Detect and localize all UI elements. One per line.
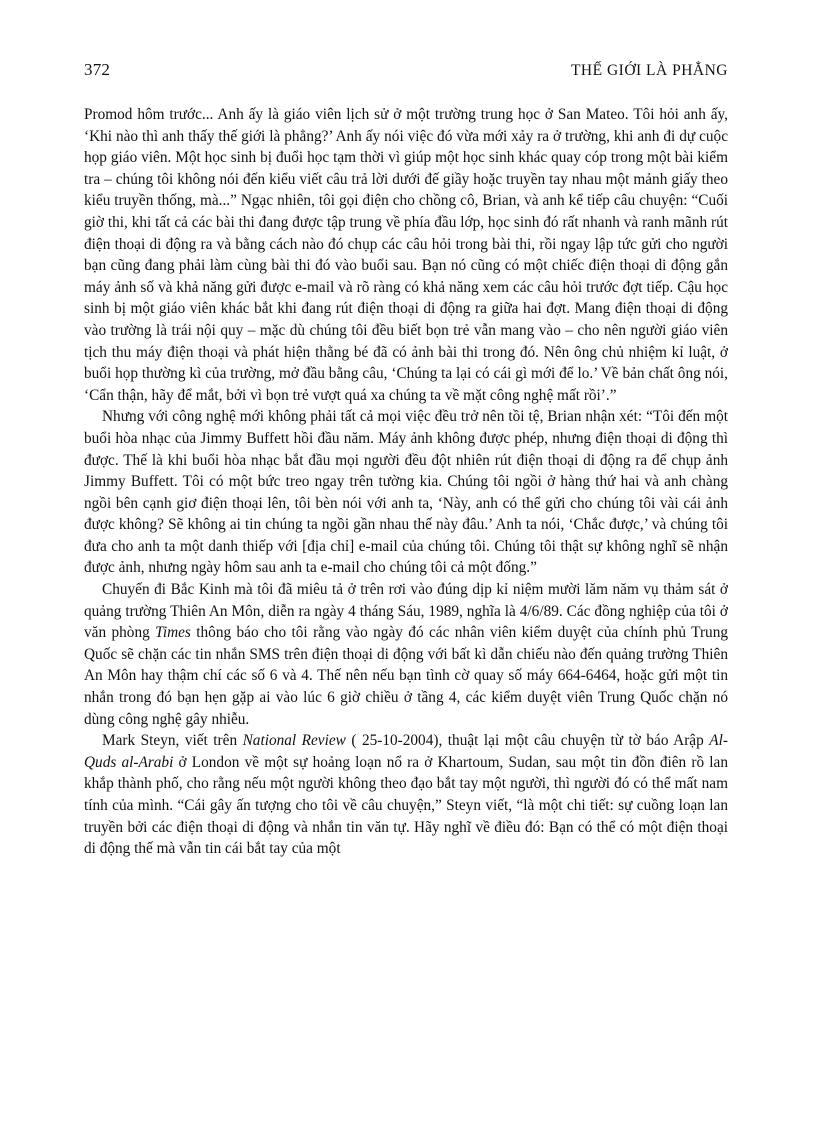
running-title: THẾ GIỚI LÀ PHẲNG xyxy=(571,62,728,80)
body-text: Promod hôm trước... Anh ấy là giáo viên … xyxy=(84,104,728,860)
paragraph-2: Nhưng với công nghệ mới không phải tất c… xyxy=(84,406,728,579)
text-segment: Promod hôm trước... Anh ấy là giáo viên … xyxy=(84,106,728,404)
running-header: 372 THẾ GIỚI LÀ PHẲNG xyxy=(84,60,728,92)
text-segment: ( 25-10-2004), thuật lại một câu chuyện … xyxy=(346,732,709,749)
paragraph-4: Mark Steyn, viết trên National Review ( … xyxy=(84,730,728,860)
paragraph-1: Promod hôm trước... Anh ấy là giáo viên … xyxy=(84,104,728,406)
text-segment: Nhưng với công nghệ mới không phải tất c… xyxy=(84,408,728,576)
paragraph-3: Chuyến đi Bắc Kinh mà tôi đã miêu tả ở t… xyxy=(84,579,728,730)
italic-publication-national-review: National Review xyxy=(243,732,346,749)
text-segment: Mark Steyn, viết trên xyxy=(102,732,243,749)
text-segment: ở London về một sự hoảng loạn nổ ra ở Kh… xyxy=(84,754,728,857)
book-page: 372 THẾ GIỚI LÀ PHẲNG Promod hôm trước..… xyxy=(84,60,728,860)
page-number: 372 xyxy=(84,60,110,80)
italic-publication-times: Times xyxy=(155,624,191,641)
